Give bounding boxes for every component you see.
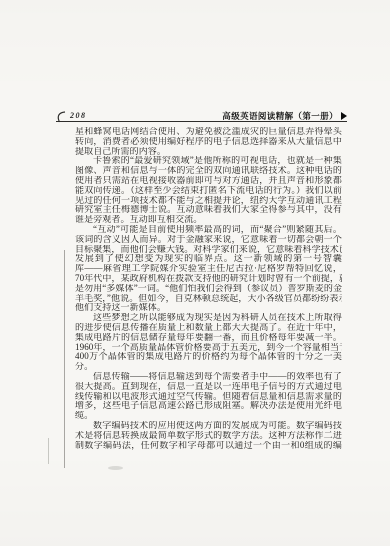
header-left: 208	[56, 111, 87, 121]
text-line: 增多，这些电子信息高速公路已形成阻塞。解决办法是使用光纤电	[75, 401, 342, 411]
binding-crease	[64, 250, 65, 468]
text-line: 70年代中，某政府机构在拨款支持他的研究计划时曾有一个前提，就	[75, 274, 342, 284]
text-line: 见过的任何一项技术都不能与之相提并论，纽约大学互动通讯工程	[75, 196, 342, 206]
text-line: 信息传输——将信息输送到每个需要者手中——的效率也有了	[75, 372, 342, 382]
text-line: 数字编码技术的应用使这两方面的发展成为可能。数字编码技	[75, 421, 342, 431]
text-line: 转向，消费者必须使用编好程序的电子信息选择器来从大量信息中	[75, 137, 342, 147]
text-line: 研究室主任梅德博士说。互动意味着我们大家全得参与其中，没有	[75, 205, 342, 215]
text-line: 1960年，一个高质量晶体管价格要高于五美元，到今一个容量相当于	[75, 343, 342, 353]
paragraph: 信息传输——将信息输送到每个需要者手中——的效率也有了很大提高。直到现在，信息一…	[75, 372, 342, 421]
header-right: 高级英语阅读精解（第一册）	[222, 111, 347, 121]
text-line: 缆。	[75, 411, 342, 421]
text-line: 他们支持这一新媒体。	[75, 303, 342, 313]
text-line: 使用者只需站在电视接收器前即可与对方通话，并且声音和形象都	[75, 176, 342, 186]
text-line: 这些梦想之所以能够成为现实是因为科研人员在技术上所取得	[75, 313, 342, 323]
scanned-page: 208 高级英语阅读精解（第一册） 星和蜂窝电话网结合使用、为避免被泛滥成灾的巨…	[0, 0, 390, 546]
text-line: 图像、声音和信息与一体的完全的双向通讯联络技术。这种电话的	[75, 166, 342, 176]
text-line: 很大提高。直到现在，信息一直是以一连串电子信号的方式通过电	[75, 382, 342, 392]
text-line: 集成电路片的信息储存量每年要翻一番，而且价格每年要减一半。	[75, 333, 342, 343]
book-title: 高级英语阅读精解（第一册）	[222, 111, 338, 121]
text-line: 库——麻省理工学院媒介实验室主任尼古拉·尼格罗帮特回忆说，	[75, 264, 342, 274]
paragraph: “互动”可能是目前使用频率最高的词，而“聚合”则紧随其后。该词的含义因人而异。对…	[75, 225, 342, 313]
text-line: 400万个晶体管的集成电路片的价格约为每个晶体管的十分之一美	[75, 352, 342, 362]
text-line: 羊毛奖，”他说。但如今，自克林顿总统起，大小各级官员都纷纷表示	[75, 294, 342, 304]
header-rule	[56, 121, 347, 122]
text-line: 发展到了使幻想变为现实的临界点。这一新领域的第一号智囊	[75, 254, 342, 264]
text-line: 目标聚集，而他们会赚大钱。对科学家们来说，它意味着科学技术已	[75, 245, 342, 255]
paragraph: 卡鲁索的“最爱研究领域”是他所称的可视电话，也就是一种集图像、声音和信息与一体的…	[75, 156, 342, 225]
text-line: 卡鲁索的“最爱研究领域”是他所称的可视电话，也就是一种集	[75, 156, 342, 166]
text-line: 分。	[75, 362, 342, 372]
text-line: 制数字编码法，任何数字和字母都可以通过一个由一和0组成的编	[75, 441, 342, 451]
text-line: 能双向传递。（这样至少会结束打匿名下流电话的行为。）我们以前	[75, 186, 342, 196]
body-text: 星和蜂窝电话网结合使用、为避免被泛滥成灾的巨量信息弄得晕头转向，消费者必须使用编…	[75, 127, 342, 450]
text-line: 的进步使信息传播在质量上和数量上都大大提高了。在近十年中，	[75, 323, 342, 333]
text-line: 是勿用“多媒体”一词。“他们怕我们会得到（参议员）普罗斯麦的金	[75, 284, 342, 294]
text-line: “互动”可能是目前使用频率最高的词，而“聚合”则紧随其后。	[75, 225, 342, 235]
text-line: 提取自己所需的内容。	[75, 147, 342, 157]
scan-smudge	[108, 466, 123, 470]
paragraph: 这些梦想之所以能够成为现实是因为科研人员在技术上所取得的进步使信息传播在质量上和…	[75, 313, 342, 372]
text-line: 术是将信息转换成最简单数字形式的数学方法。这种方法称作二进	[75, 431, 342, 441]
binding-crease	[48, 438, 49, 464]
text-line: 线传输和以电波形式通过空气传输。但随着信息量和信息需求量的	[75, 392, 342, 402]
text-line: 星和蜂窝电话网结合使用、为避免被泛滥成灾的巨量信息弄得晕头	[75, 127, 342, 137]
header-arrow-icon	[341, 112, 347, 120]
text-line: 谁是旁观者。互动即互相交流。	[75, 215, 342, 225]
paragraph: 数字编码技术的应用使这两方面的发展成为可能。数字编码技术是将信息转换成最简单数字…	[75, 421, 342, 450]
paragraph: 星和蜂窝电话网结合使用、为避免被泛滥成灾的巨量信息弄得晕头转向，消费者必须使用编…	[75, 127, 342, 156]
page-number: 208	[70, 111, 87, 121]
text-line: 该词的含义因人而异。对于金融家来说，它意味着一切都会朝一个	[75, 235, 342, 245]
page-header: 208 高级英语阅读精解（第一册）	[56, 108, 347, 121]
